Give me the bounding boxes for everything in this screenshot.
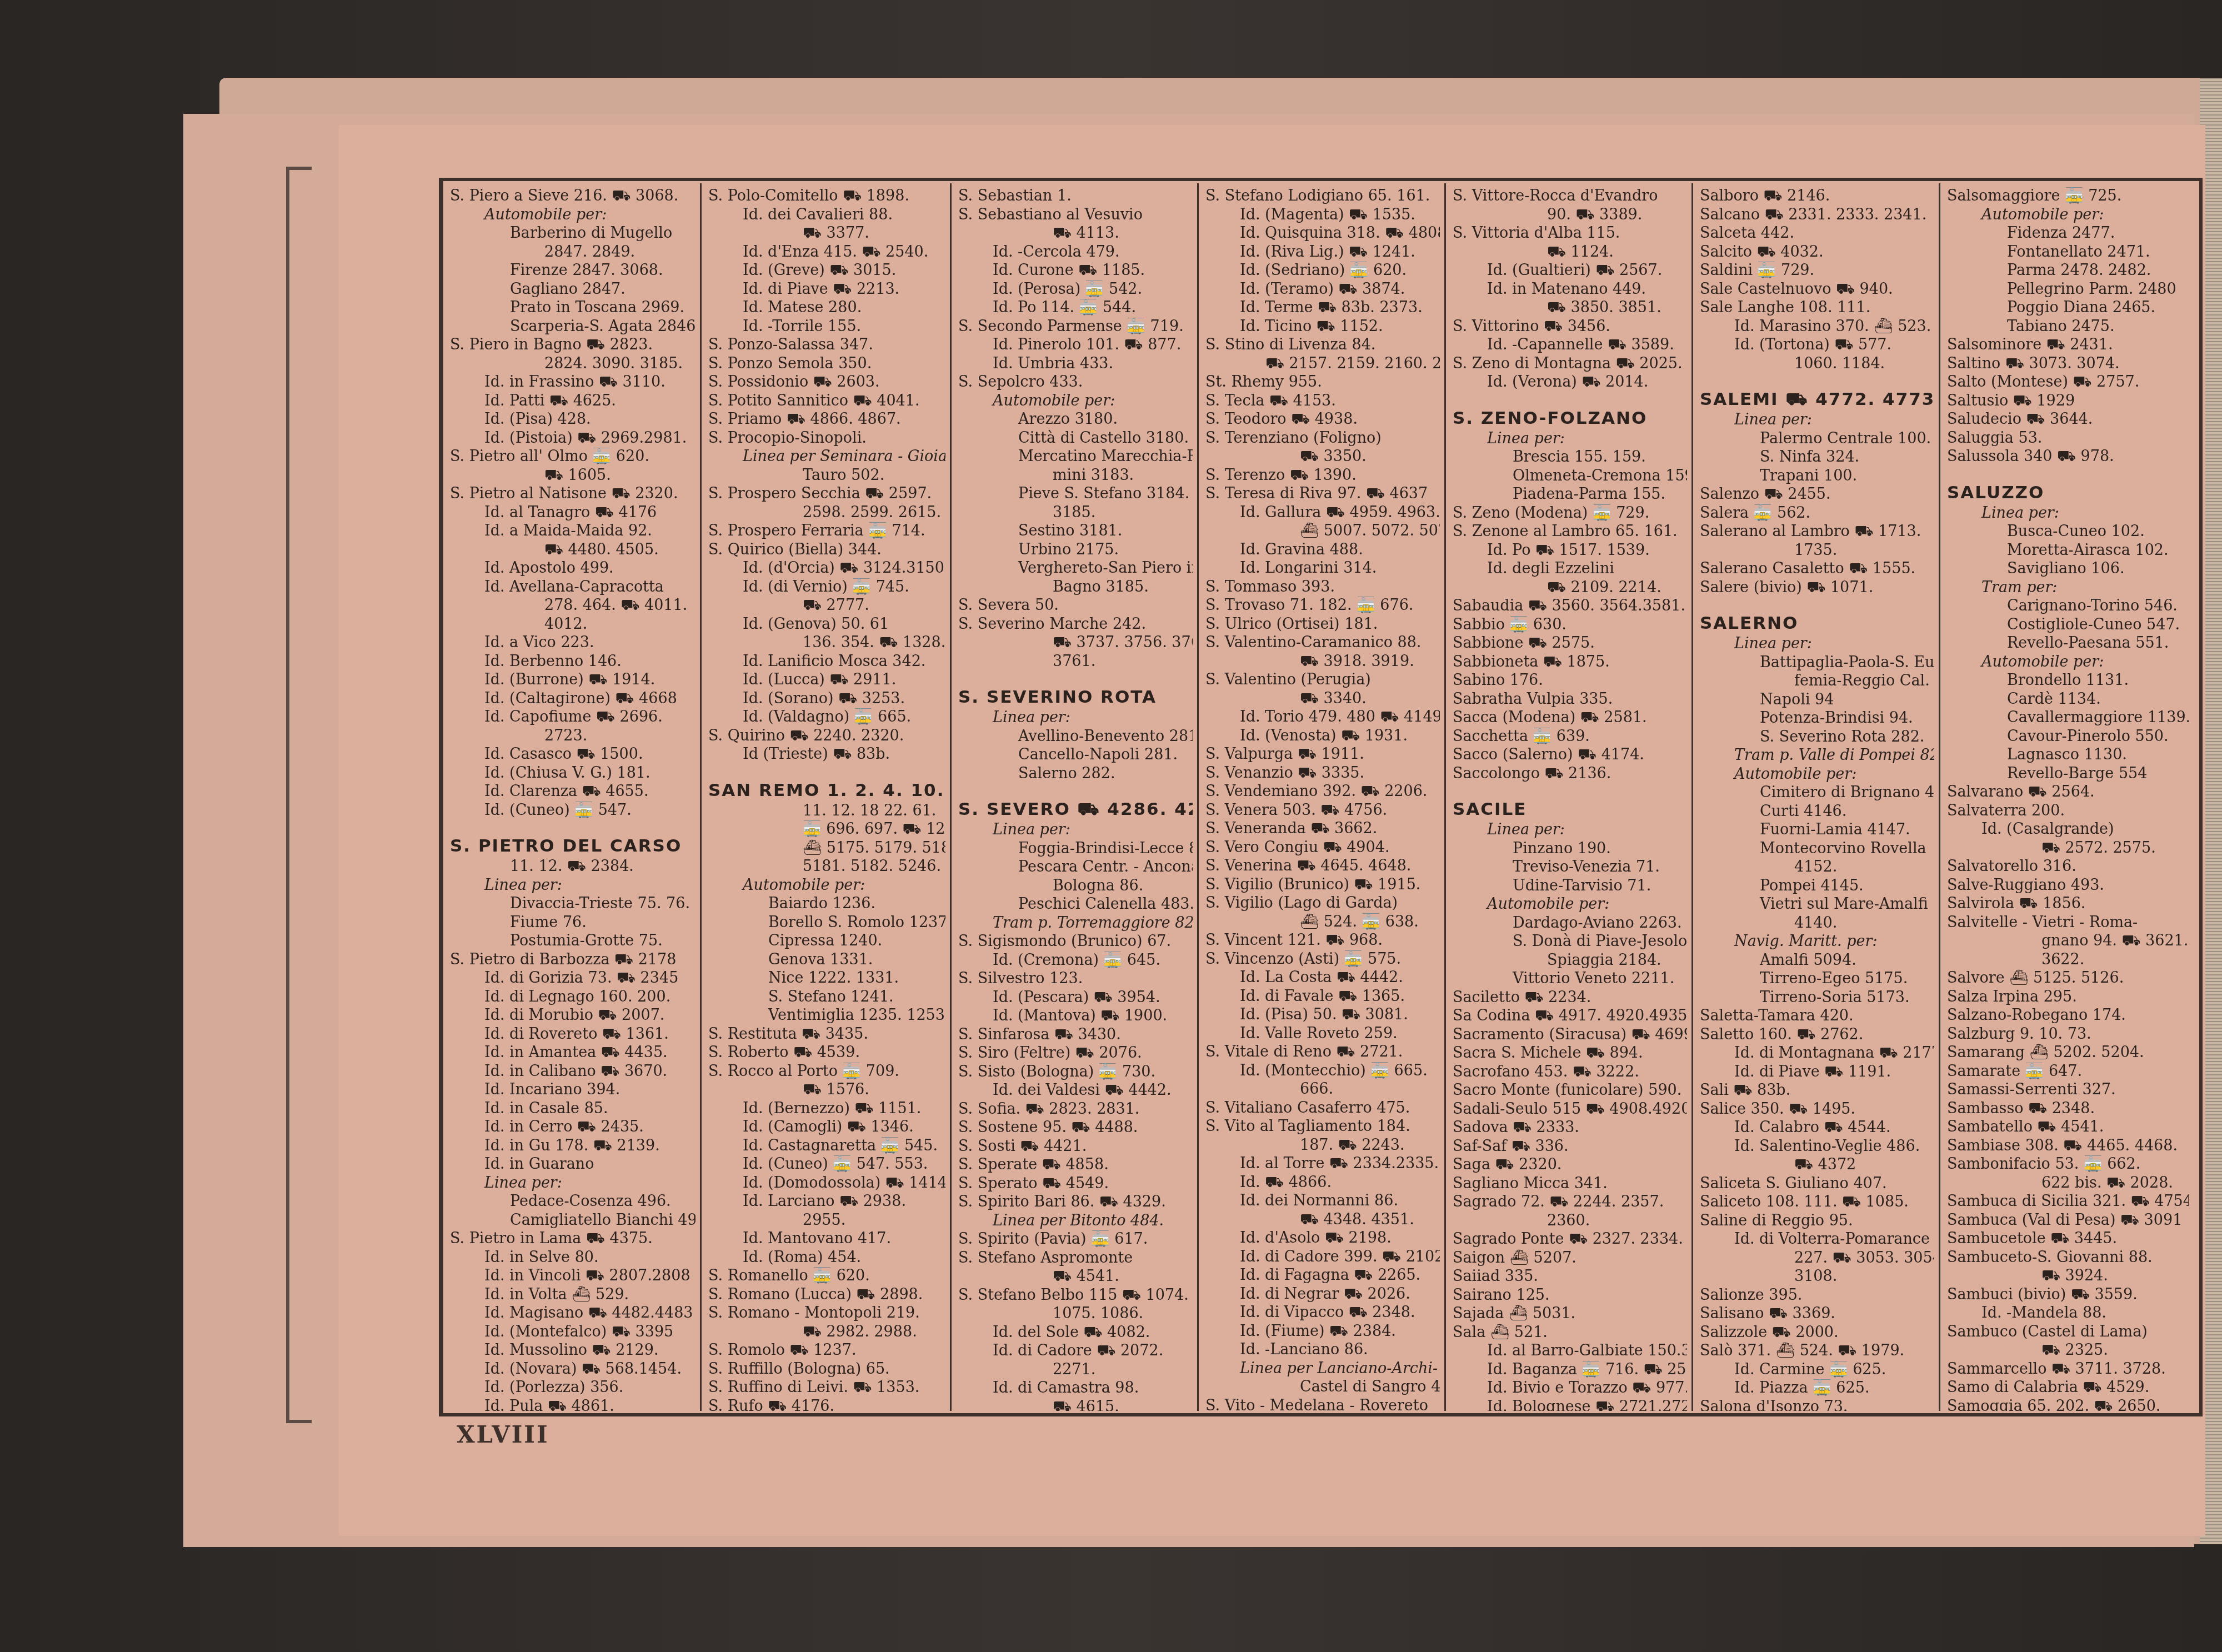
index-entry: Prato in Toscana 2969.	[450, 298, 695, 317]
index-entry: S. Priamo ⛟ 4866. 4867.	[708, 410, 945, 429]
index-entry: S. Romolo ⛟ 1237.	[708, 1341, 945, 1360]
index-entry: Id. di Negrar ⛟ 2026.	[1205, 1285, 1440, 1304]
index-entry: ⛟ 2157. 2159. 2160. 2163.	[1205, 354, 1440, 373]
index-entry: 2847. 2849.	[450, 243, 695, 262]
index-entry: Sabbio 🚋 630.	[1453, 615, 1687, 634]
index-entry: Id. La Costa ⛟ 4442.	[1205, 968, 1440, 987]
index-entry: Id. Carmine 🚋 625.	[1700, 1360, 1934, 1379]
index-entry: Napoli 94	[1700, 690, 1934, 709]
index-entry: Sagrado Ponte ⛟ 2327. 2334.	[1453, 1230, 1687, 1249]
index-entry: Sacro Monte (funicolare) 590.	[1453, 1081, 1687, 1100]
index-entry: Pinzano 190.	[1453, 839, 1687, 858]
index-entry: S. Vittore-Rocca d'Evandro	[1453, 187, 1687, 206]
index-entry: Id. di Fagagna ⛟ 2265.	[1205, 1266, 1440, 1285]
index-entry: Id. Castagnaretta 🚋 545.	[708, 1137, 945, 1155]
index-entry: Id. Gallura ⛟ 4959. 4963.	[1205, 503, 1440, 522]
index-entry: Pieve S. Stefano 3184.	[958, 484, 1193, 503]
index-entry: Sabbione ⛟ 2575.	[1453, 634, 1687, 653]
index-entry: Linea per:	[1700, 411, 1934, 429]
index-entry: S. Venera 503. ⛟ 4756.	[1205, 801, 1440, 820]
index-entry: Saccolongo ⛟ 2136.	[1453, 764, 1687, 783]
index-entry: Genova 1331.	[708, 950, 945, 969]
index-entry: gnano 94. ⛟ 3621.	[1947, 932, 2189, 950]
index-entry: S. Secondo Parmense 🚋 719.	[958, 317, 1193, 336]
index-entry: Salvarano ⛟ 2564.	[1947, 783, 2189, 802]
index-entry: S. Stefano Lodigiano 65. 161.	[1205, 187, 1440, 206]
index-entry: S. Sperato ⛟ 4549.	[958, 1174, 1193, 1193]
section-heading: S. PIETRO DEL CARSO	[450, 835, 695, 857]
index-entry: Carignano-Torino 546.	[1947, 597, 2189, 615]
index-entry: Pedace-Cosenza 496.	[450, 1192, 695, 1211]
index-entry: Nice 1222. 1331.	[708, 969, 945, 988]
index-entry: Sabbioneta ⛟ 1875.	[1453, 653, 1687, 672]
index-entry: Linea per Bitonto 484.	[958, 1212, 1193, 1230]
index-entry: S. Roberto ⛟ 4539.	[708, 1043, 945, 1062]
index-entry: Id. (Pisa) 50. ⛟ 3081.	[1205, 1005, 1440, 1024]
index-entry: Sadova ⛟ 2333.	[1453, 1118, 1687, 1137]
index-entry: S. Tommaso 393.	[1205, 578, 1440, 597]
index-entry: Firenze 2847. 3068.	[450, 261, 695, 280]
index-entry: Linea per:	[958, 708, 1193, 727]
index-entry: Id. in Volta ⛴ 529.	[450, 1285, 695, 1304]
index-entry: Id. in Cerro ⛟ 2435.	[450, 1118, 695, 1137]
index-entry: 622 bis. ⛟ 2028.	[1947, 1174, 2189, 1193]
index-entry: S. Zeno di Montagna ⛟ 2025.	[1453, 354, 1687, 373]
index-entry: Id. (Chiusa V. G.) 181.	[450, 764, 695, 783]
index-entry: 3185.	[958, 503, 1193, 522]
index-entry: Bagno 3185.	[958, 578, 1193, 597]
index-column-4: S. Stefano Lodigiano 65. 161.Id. (Magent…	[1199, 183, 1446, 1411]
index-entry: S. Procopio-Sinopoli.	[708, 429, 945, 448]
index-entry: Id. a Maida-Maida 92.	[450, 522, 695, 540]
index-column-2: S. Polo-Comitello ⛟ 1898.Id. dei Cavalie…	[702, 183, 952, 1411]
index-entry: Id. in Amantea ⛟ 4435.	[450, 1043, 695, 1062]
index-entry: Sale Langhe 108. 111.	[1700, 298, 1934, 317]
index-entry: Sali ⛟ 83b.	[1700, 1081, 1934, 1100]
index-entry: Id. Incariano 394.	[450, 1080, 695, 1099]
index-entry: Sacco (Salerno) ⛟ 4174.	[1453, 745, 1687, 764]
index-entry: Id. di Rovereto ⛟ 1361.	[450, 1025, 695, 1044]
index-entry: Id. di Legnago 160. 200.	[450, 988, 695, 1007]
section-heading: SALERNO	[1700, 612, 1934, 634]
index-entry: Sambasso ⛟ 2348.	[1947, 1099, 2189, 1118]
index-entry: Id. (Cuneo) 🚋 547. 553.	[708, 1155, 945, 1174]
index-entry: Fidenza 2477.	[1947, 224, 2189, 243]
index-entry: Linea per:	[958, 820, 1193, 839]
index-entry: 3622.	[1947, 950, 2189, 969]
index-entry: 136. 354. ⛟ 1328.	[708, 633, 945, 652]
index-entry: ⛟ 4615.	[958, 1398, 1193, 1411]
index-entry: Id. del Sole ⛟ 4082.	[958, 1323, 1193, 1342]
index-entry: Id. (Domodossola) ⛟ 1414	[708, 1174, 945, 1193]
index-entry: Linea per:	[1700, 634, 1934, 653]
index-entry: Linea per:	[1453, 820, 1687, 839]
index-entry: Urbino 2175.	[958, 540, 1193, 559]
index-entry: Id. al Tanagro ⛟ 4176	[450, 503, 695, 522]
index-entry: Salionze 395.	[1700, 1286, 1934, 1305]
index-entry: Id. Apostolo 499.	[450, 559, 695, 578]
index-entry: Fiume 76.	[450, 913, 695, 932]
index-entry: Brondello 1131.	[1947, 671, 2189, 690]
index-entry: S. Valpurga ⛟ 1911.	[1205, 745, 1440, 764]
index-entry: 11. 12. ⛟ 2384.	[450, 857, 695, 876]
index-entry: 666.	[1205, 1080, 1440, 1099]
index-entry: Id. (Cremona) 🚋 645.	[958, 951, 1193, 970]
index-entry: Id. di Morubio ⛟ 2007.	[450, 1006, 695, 1025]
index-entry: 2360.	[1453, 1212, 1687, 1230]
index-entry: Id. Curone ⛟ 1185.	[958, 261, 1193, 280]
index-entry: Tram per:	[1947, 578, 2189, 597]
index-entry: ⛟ 3918. 3919.	[1205, 652, 1440, 671]
index-entry: S. Tecla ⛟ 4153.	[1205, 392, 1440, 411]
index-entry: 11. 12. 18 22. 61.	[708, 802, 945, 820]
index-entry: Salceta 442.	[1700, 224, 1934, 243]
index-entry: Id. di Volterra-Pomarance	[1700, 1230, 1934, 1249]
index-entry: Id. (Valdagno) 🚋 665.	[708, 708, 945, 727]
index-entry: Id. d'Asolo ⛟ 2198.	[1205, 1229, 1440, 1248]
index-entry: Sammarcello ⛟ 3711. 3728.	[1947, 1360, 2189, 1379]
index-entry: Foggia-Brindisi-Lecce 86.	[958, 839, 1193, 858]
section-heading: SACILE	[1453, 798, 1687, 820]
index-entry: Saigon ⛴ 5207.	[1453, 1249, 1687, 1268]
index-entry: Spiaggia 2184.	[1453, 951, 1687, 970]
index-entry: Id. di Montagnana ⛟ 2177	[1700, 1044, 1934, 1063]
index-entry: Automobile per:	[1453, 895, 1687, 914]
index-entry: Saciletto ⛟ 2234.	[1453, 988, 1687, 1007]
index-entry: Automobile per:	[708, 876, 945, 895]
index-entry: Id. al Torre ⛟ 2334.2335.	[1205, 1154, 1440, 1173]
index-entry: Id. Capofiume ⛟ 2696.	[450, 708, 695, 727]
index-entry: Id. (d'Orcia) ⛟ 3124.3150	[708, 559, 945, 578]
index-entry: Sambuca di Sicilia 321. ⛟ 4754	[1947, 1192, 2189, 1211]
index-entry: S. Stefano Aspromonte	[958, 1249, 1193, 1268]
index-entry: S. Sisto (Bologna) 🚋 730.	[958, 1063, 1193, 1082]
index-entry: Id. (Burrone) ⛟ 1914.	[450, 670, 695, 689]
index-entry: Potenza-Brindisi 94.	[1700, 709, 1934, 728]
index-entry: Saliceta S. Giuliano 407.	[1700, 1174, 1934, 1193]
index-entry: Id. (Riva Lig.) ⛟ 1241.	[1205, 243, 1440, 262]
index-entry: S. Romano (Lucca) ⛟ 2898.	[708, 1285, 945, 1304]
index-entry: Id. Quisquina 318. ⛟ 4808	[1205, 224, 1440, 243]
index-entry: Id. Casasco ⛟ 1500.	[450, 745, 695, 764]
index-entry: S. Ninfa 324.	[1700, 448, 1934, 467]
index-entry: Linea per Lanciano-Archi-	[1205, 1359, 1440, 1378]
index-entry: Sacra S. Michele ⛟ 894.	[1453, 1044, 1687, 1063]
index-entry: ⛴ 5007. 5072. 5078.	[1205, 522, 1440, 540]
index-entry: Id. Mantovano 417.	[708, 1229, 945, 1248]
index-entry: S. Siro (Feltre) ⛟ 2076.	[958, 1044, 1193, 1063]
index-entry: Sabratha Vulpia 335.	[1453, 690, 1687, 709]
index-entry: Id. Calabro ⛟ 4544.	[1700, 1118, 1934, 1137]
index-entry: Id. -Mandela 88.	[1947, 1304, 2189, 1323]
index-entry: 5181. 5182. 5246.	[708, 857, 945, 876]
index-entry: 2598. 2599. 2615.	[708, 503, 945, 522]
index-entry: 1060. 1184.	[1700, 354, 1934, 373]
index-entry: Avellino-Benevento 281.	[958, 727, 1193, 746]
index-entry: Borello S. Romolo 1237.	[708, 913, 945, 932]
index-entry: Id. di Cadore 399. ⛟ 2102	[1205, 1248, 1440, 1266]
index-entry: Amalfi 5094.	[1700, 951, 1934, 970]
index-entry: S. Stefano Belbo 115 ⛟ 1074.	[958, 1286, 1193, 1305]
index-entry: S. Severino Rota 282.	[1700, 728, 1934, 747]
index-entry: S. Piero a Sieve 216. ⛟ 3068.	[450, 187, 695, 206]
index-entry: Id. (Pisa) 428.	[450, 410, 695, 429]
index-entry: ⛟ 3377.	[708, 224, 945, 243]
index-entry: Id. Po ⛟ 1517. 1539.	[1453, 541, 1687, 560]
index-entry: Sambonifacio 53. 🚋 662.	[1947, 1155, 2189, 1174]
index-entry: Tabiano 2475.	[1947, 317, 2189, 336]
index-entry: Id. Magisano ⛟ 4482.4483	[450, 1304, 695, 1323]
index-entry: Samarate 🚋 647.	[1947, 1062, 2189, 1081]
index-entry: Salerano al Lambro ⛟ 1713.	[1700, 522, 1934, 541]
index-entry: ⛴ 524. 🚋 638.	[1205, 913, 1440, 932]
index-entry: Sajada ⛴ 5031.	[1453, 1304, 1687, 1323]
index-entry: ⛟ 4113.	[958, 224, 1193, 243]
index-entry: Id. a Vico 223.	[450, 633, 695, 652]
index-entry: Palermo Centrale 100.	[1700, 429, 1934, 448]
index-entry: Salboro ⛟ 2146.	[1700, 187, 1934, 206]
index-entry: S. Rocco al Porto 🚋 709.	[708, 1062, 945, 1081]
index-entry: S. Stino di Livenza 84.	[1205, 336, 1440, 354]
index-entry: ⛟ 4372	[1700, 1155, 1934, 1174]
index-entry: Salzano-Robegano 174.	[1947, 1006, 2189, 1025]
index-entry: 4152.	[1700, 858, 1934, 877]
index-entry: Scarperia-S. Agata 2846.	[450, 317, 695, 336]
index-entry: S. Piero in Bagno ⛟ 2823.	[450, 336, 695, 354]
index-entry: ⛟ 3340.	[1205, 689, 1440, 708]
index-entry: S. Restituta ⛟ 3435.	[708, 1025, 945, 1044]
index-entry: 2824. 3090. 3185.	[450, 354, 695, 373]
index-entry: Città di Castello 3180.	[958, 429, 1193, 448]
index-entry: 2723.	[450, 727, 695, 745]
index-entry: S. Sostene 95. ⛟ 4488.	[958, 1118, 1193, 1137]
index-entry: Id. Pula ⛟ 4861.	[450, 1397, 695, 1411]
index-entry: Sambuco (Castel di Lama)	[1947, 1323, 2189, 1341]
index-entry: Salvirola ⛟ 1856.	[1947, 894, 2189, 913]
index-entry: Id. (Magenta) ⛟ 1535.	[1205, 206, 1440, 224]
index-entry: Sambucetole ⛟ 3445.	[1947, 1229, 2189, 1248]
index-entry: Id. in Casale 85.	[450, 1099, 695, 1118]
index-entry: S. Sigismondo (Brunico) 67.	[958, 932, 1193, 951]
index-entry: Samarang ⛴ 5202. 5204.	[1947, 1043, 2189, 1062]
index-entry: Revello-Paesana 551.	[1947, 634, 2189, 653]
index-entry: Saliceto 108. 111. ⛟ 1085.	[1700, 1193, 1934, 1212]
index-entry: Cavour-Pinerolo 550.	[1947, 727, 2189, 746]
index-entry: S. Vigilio (Lago di Garda)	[1205, 894, 1440, 913]
index-entry: Id. dei Normanni 86.	[1205, 1192, 1440, 1210]
index-entry: Sacca (Modena) ⛟ 2581.	[1453, 708, 1687, 727]
index-entry: S. Vittorino ⛟ 3456.	[1453, 317, 1687, 336]
index-entry: 3761.	[958, 652, 1193, 671]
index-entry: Id. (Lucca) ⛟ 2911.	[708, 670, 945, 689]
index-entry: Id. (Sorano) ⛟ 3253.	[708, 689, 945, 708]
index-entry: ⛟ 2109. 2214.	[1453, 578, 1687, 597]
index-entry: S. Teodoro ⛟ 4938.	[1205, 410, 1440, 429]
index-entry: S. Rufo ⛟ 4176.	[708, 1397, 945, 1411]
index-entry: S. Quirino ⛟ 2240. 2320.	[708, 727, 945, 745]
index-entry: Tram p. Valle di Pompei 827	[1700, 746, 1934, 765]
index-entry: Cimitero di Brignano 4135	[1700, 783, 1934, 802]
index-entry: Divaccia-Trieste 75. 76.	[450, 894, 695, 913]
index-column-1: S. Piero a Sieve 216. ⛟ 3068.Automobile …	[443, 183, 702, 1411]
index-entry: Battipaglia-Paola-S. Eu-	[1700, 653, 1934, 672]
index-entry: Automobile per:	[1947, 206, 2189, 224]
index-entry: Id. -Lanciano 86.	[1205, 1340, 1440, 1359]
index-entry: Linea per:	[1453, 429, 1687, 448]
index-entry: Salvitelle - Vietri - Roma-	[1947, 913, 2189, 932]
index-entry: S. Stefano 1241.	[708, 988, 945, 1007]
index-entry: ⛟ 3350.	[1205, 447, 1440, 466]
index-entry: S. Polo-Comitello ⛟ 1898.	[708, 187, 945, 206]
index-entry: Id. (Sedriano) 🚋 620.	[1205, 261, 1440, 280]
index-column-5: S. Vittore-Rocca d'Evandro90. ⛟ 3389.S. …	[1446, 183, 1693, 1411]
index-entry: Cardè 1134.	[1947, 690, 2189, 709]
index-entry: 2271.	[958, 1360, 1193, 1379]
index-entry: Sambatello ⛟ 4541.	[1947, 1118, 2189, 1137]
index-entry: S. Zenone al Lambro 65. 161.	[1453, 522, 1687, 541]
index-entry: S. Zeno (Modena) 🚋 729.	[1453, 504, 1687, 523]
index-entry: Dardago-Aviano 2263.	[1453, 914, 1687, 933]
index-entry: Tirreno-Egeo 5175.	[1700, 969, 1934, 988]
index-entry: 1735.	[1700, 541, 1934, 560]
index-entry: Fontanellato 2471.	[1947, 243, 2189, 262]
index-entry: Id. degli Ezzelini	[1453, 559, 1687, 578]
index-entry: Id. in Calibano ⛟ 3670.	[450, 1062, 695, 1081]
index-entry: Saludecio ⛟ 3644.	[1947, 410, 2189, 429]
index-entry: S. Vigilio (Brunico) ⛟ 1915.	[1205, 875, 1440, 894]
index-entry: Saluggia 53.	[1947, 429, 2189, 448]
index-entry: 4012.	[450, 615, 695, 634]
index-entry: Automobile per:	[450, 206, 695, 224]
index-entry: 2955.	[708, 1211, 945, 1230]
index-entry: Id (Trieste) ⛟ 83b.	[708, 745, 945, 764]
index-entry: Samassi-Serrenti 327.	[1947, 1080, 2189, 1099]
index-entry: Id. (Genova) 50. 61	[708, 615, 945, 634]
index-entry: Olmeneta-Cremona 159.	[1453, 467, 1687, 485]
index-entry: S. Sepolcro 433.	[958, 373, 1193, 392]
index-entry: Id. (Porlezza) 356.	[450, 1378, 695, 1397]
page-number: XLVIII	[457, 1421, 549, 1448]
index-entry: Id. Pinerolo 101. ⛟ 877.	[958, 336, 1193, 354]
index-entry: Id. Avellana-Capracotta	[450, 578, 695, 597]
index-entry: Id. di Piave ⛟ 1191.	[1700, 1063, 1934, 1082]
index-entry: Id. Piazza 🚋 625.	[1700, 1379, 1934, 1398]
index-entry: Id. (Mantova) ⛟ 1900.	[958, 1007, 1193, 1025]
index-entry: ⛟ 2325.	[1947, 1341, 2189, 1360]
index-entry: S. Prospero Secchia ⛟ 2597.	[708, 484, 945, 503]
index-entry: Salice 350. ⛟ 1495.	[1700, 1100, 1934, 1119]
index-entry: Baiardo 1236.	[708, 894, 945, 913]
index-entry: ⛟ 2572. 2575.	[1947, 839, 2189, 858]
index-entry: Id. (Montecchio) 🚋 665.	[1205, 1062, 1440, 1080]
index-entry: Sala ⛴ 521.	[1453, 1323, 1687, 1342]
index-entry: Peschici Calenella 483.	[958, 895, 1193, 914]
index-entry: 1075. 1086.	[958, 1304, 1193, 1323]
index-entry: Salizzole ⛟ 2000.	[1700, 1323, 1934, 1342]
index-entry: Id. (Bernezzo) ⛟ 1151.	[708, 1099, 945, 1118]
index-entry: Bologna 86.	[958, 877, 1193, 895]
index-entry: Salere (bivio) ⛟ 1071.	[1700, 578, 1934, 597]
index-entry: Automobile per:	[958, 392, 1193, 411]
index-entry: Treviso-Venezia 71.	[1453, 858, 1687, 877]
index-entry: Id. Patti ⛟ 4625.	[450, 392, 695, 411]
index-entry: S. Sebastian 1.	[958, 187, 1193, 206]
index-entry: Id. (Greve) ⛟ 3015.	[708, 261, 945, 280]
index-entry: S. Vitale di Reno ⛟ 2721.	[1205, 1043, 1440, 1062]
index-entry: Id. (Venosta) ⛟ 1931.	[1205, 727, 1440, 745]
index-entry: ⛟ 4541.	[958, 1267, 1193, 1286]
index-entry: Id. (Pescara) ⛟ 3954.	[958, 988, 1193, 1007]
index-entry: S. Vito al Tagliamento 184.	[1205, 1117, 1440, 1136]
index-entry: S. Terenzo ⛟ 1390.	[1205, 466, 1440, 485]
index-entry: Cancello-Napoli 281.	[958, 745, 1193, 764]
index-entry: Trapani 100.	[1700, 467, 1934, 485]
index-entry: Id. di Vipacco ⛟ 2348.	[1205, 1303, 1440, 1322]
index-entry: Revello-Barge 554	[1947, 764, 2189, 783]
index-entry: 227. ⛟ 3053. 3054.	[1700, 1249, 1934, 1268]
index-entry: Saletto 160. ⛟ 2762.	[1700, 1025, 1934, 1044]
index-entry: Sadali-Seulo 515 ⛟ 4908.4920.	[1453, 1100, 1687, 1119]
index-entry: Linea per:	[1947, 504, 2189, 523]
index-entry: S. Possidonio ⛟ 2603.	[708, 373, 945, 392]
index-entry: Sambuceto-S. Giovanni 88.	[1947, 1248, 2189, 1267]
index-entry: Sagliano Micca 341.	[1453, 1174, 1687, 1193]
index-entry: Sambiase 308. ⛟ 4465. 4468.	[1947, 1137, 2189, 1155]
index-entry: Id. (Roma) 454.	[708, 1248, 945, 1267]
index-entry: S. Sofia. ⛟ 2823. 2831.	[958, 1100, 1193, 1119]
index-entry: Mercatino Marecchia-Ri-	[958, 447, 1193, 466]
index-entry: Ventimiglia 1235. 1253.	[708, 1006, 945, 1025]
index-entry: Costigliole-Cuneo 547.	[1947, 615, 2189, 634]
index-entry: S. Vittoria d'Alba 115.	[1453, 224, 1687, 243]
index-entry: S. Prospero Ferraria 🚋 714.	[708, 522, 945, 540]
section-heading: SALUZZO	[1947, 482, 2189, 504]
index-entry: Id. Valle Roveto 259.	[1205, 1024, 1440, 1043]
index-entry: Id. Berbenno 146.	[450, 652, 695, 671]
index-entry: S. Silvestro 123.	[958, 969, 1193, 988]
index-entry: Automobile per:	[1700, 765, 1934, 784]
index-entry: Id. in Matenano 449.	[1453, 280, 1687, 299]
index-entry: S. Severino Marche 242.	[958, 615, 1193, 634]
index-entry: Piadena-Parma 155.	[1453, 485, 1687, 504]
index-entry: Lagnasco 1130.	[1947, 745, 2189, 764]
index-entry: Linea per:	[450, 876, 695, 895]
index-entry: Gagliano 2847.	[450, 280, 695, 299]
index-entry: Tirreno-Soria 5173.	[1700, 988, 1934, 1007]
index-entry: ⛟ 3924.	[1947, 1266, 2189, 1285]
index-entry: S. Ruffino di Leivi. ⛟ 1353.	[708, 1378, 945, 1397]
index-entry: 90. ⛟ 3389.	[1453, 206, 1687, 224]
index-entry: Salza Irpina 295.	[1947, 988, 2189, 1007]
index-entry: Verghereto-San Piero in	[958, 559, 1193, 578]
index-entry: S. Spirito Bari 86. ⛟ 4329.	[958, 1193, 1193, 1212]
index-entry: Saltusio ⛟ 1929	[1947, 392, 2189, 411]
index-entry: Id. -Torrile 155.	[708, 317, 945, 336]
index-entry: Sambuci (bivio) ⛟ 3559.	[1947, 1285, 2189, 1304]
index-entry: Id. (Teramo) ⛟ 3874.	[1205, 280, 1440, 299]
index-entry: S. Valentino-Caramanico 88.	[1205, 633, 1440, 652]
index-entry: Saldini 🚋 729.	[1700, 261, 1934, 280]
index-entry: ⛟ 4480. 4505.	[450, 540, 695, 559]
index-entry: Salò 371. ⛴ 524. ⛟ 1979.	[1700, 1341, 1934, 1360]
index-entry: Id. di Camastra 98.	[958, 1379, 1193, 1398]
index-entry: Id. Salentino-Veglie 486.	[1700, 1137, 1934, 1156]
index-entry: S. Sosti ⛟ 4421.	[958, 1137, 1193, 1156]
index-entry: Salsomaggiore 🚋 725.	[1947, 187, 2189, 206]
index-entry: Saltino ⛟ 3073. 3074.	[1947, 354, 2189, 373]
index-entry: mini 3183.	[958, 466, 1193, 485]
index-entry: Id. in Selve 80.	[450, 1248, 695, 1267]
